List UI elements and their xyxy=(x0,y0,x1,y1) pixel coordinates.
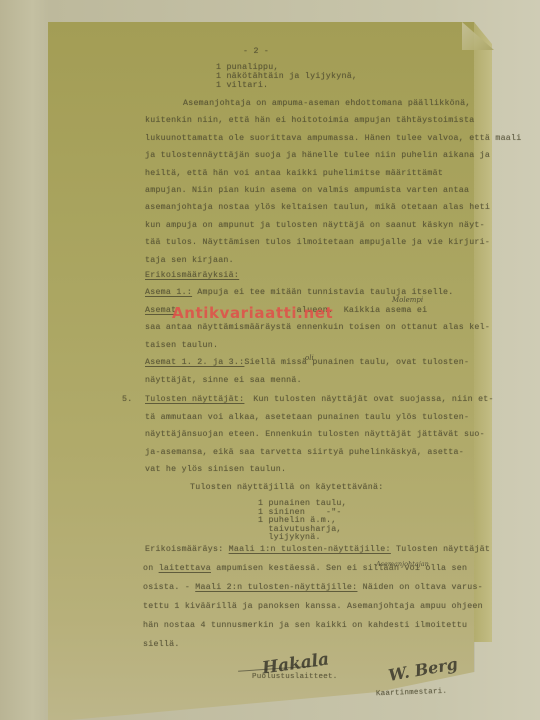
text-line: taja sen kirjaan. xyxy=(145,255,234,266)
list-item: saa antaa näyttämismääräystä ennenkuin t… xyxy=(145,322,490,333)
handwritten-note: Molempi xyxy=(392,296,423,304)
text-line: siellä. xyxy=(143,639,180,650)
text-line: Erikoismääräys: Maali 1:n tulosten-näytt… xyxy=(145,544,490,555)
text-line: tettu 1 kiväärillä ja panoksen kanssa. A… xyxy=(143,601,483,612)
text-line: Kun tulosten näyttäjät ovat suojassa, ni… xyxy=(248,394,494,405)
page-number: - 2 - xyxy=(243,46,269,57)
text-line: ja-asemansa, eikä saa tarvetta siirtyä p… xyxy=(145,447,464,458)
list-item: näyttäjät, sinne ei saa mennä. xyxy=(145,375,302,386)
text-line: ja tulostennäyttäjän suoja ja hänelle tu… xyxy=(145,150,490,161)
item-text: taisen taulun. xyxy=(145,341,218,350)
text-line: kuitenkin niin, että hän ei hoitotoimia … xyxy=(145,115,474,126)
signature-title: Kaartinmestari. xyxy=(376,687,448,700)
watermark: Antikvariaatti.net xyxy=(172,304,333,322)
text-line: tää tulos. Näyttämisen tulos ilmoitetaan… xyxy=(145,237,490,248)
item-label: Asemat 1. 2. ja 3.: xyxy=(145,358,244,367)
text-line: ampujan. Niin pian kuin asema on valmis … xyxy=(145,185,469,196)
text-line: Asemanjohtaja on ampuma-aseman ehdottoma… xyxy=(183,98,471,109)
text-line: osista. - Maali 2:n tulosten-näyttäjille… xyxy=(143,582,483,593)
item-label: Asema 1.: xyxy=(145,288,192,297)
special-orders-heading: Erikoismääräyksiä: xyxy=(145,270,239,281)
section-number: 5. xyxy=(122,394,132,405)
closing-annotation: Asemanjohtajan xyxy=(376,560,429,568)
item-text: Siellä missä punainen taulu, ovat tulost… xyxy=(244,358,469,367)
handwritten-note: oli xyxy=(305,354,314,362)
item-text: näyttäjät, sinne ei saa mennä. xyxy=(145,376,302,385)
signature-title: Puolustuslaitteet. xyxy=(252,672,338,683)
text-line: kun ampuja on ampunut ja tulosten näyttä… xyxy=(145,220,485,231)
text-line: vat he ylös sinisen taulun. xyxy=(145,464,286,475)
equipment-heading: Tulosten näyttäjillä on käytettävänä: xyxy=(190,482,383,493)
text-line: näyttäjänsuojan eteen. Ennenkuin tuloste… xyxy=(145,429,485,440)
item-text: saa antaa näyttämismääräystä ennenkuin t… xyxy=(145,323,490,332)
text-line: hän nostaa 4 tunnusmerkin ja sen kaikki … xyxy=(143,620,467,631)
text-line: heiltä, että hän voi antaa kaikki puheli… xyxy=(145,168,443,179)
list-item: taisen taulun. xyxy=(145,340,218,351)
text-line: asemanjohtaja nostaa ylös keltaisen taul… xyxy=(145,202,490,213)
document-page xyxy=(48,22,474,720)
text-line: lukuunottamatta ole suorittava ampumassa… xyxy=(145,133,521,144)
list-item: 1 viltari. xyxy=(216,80,268,91)
section-heading: Tulosten näyttäjät: xyxy=(145,394,244,405)
text-line: tä ammutaan voi alkaa, asetetaan punaine… xyxy=(145,412,469,423)
list-item: lyijykynä. xyxy=(258,532,321,543)
